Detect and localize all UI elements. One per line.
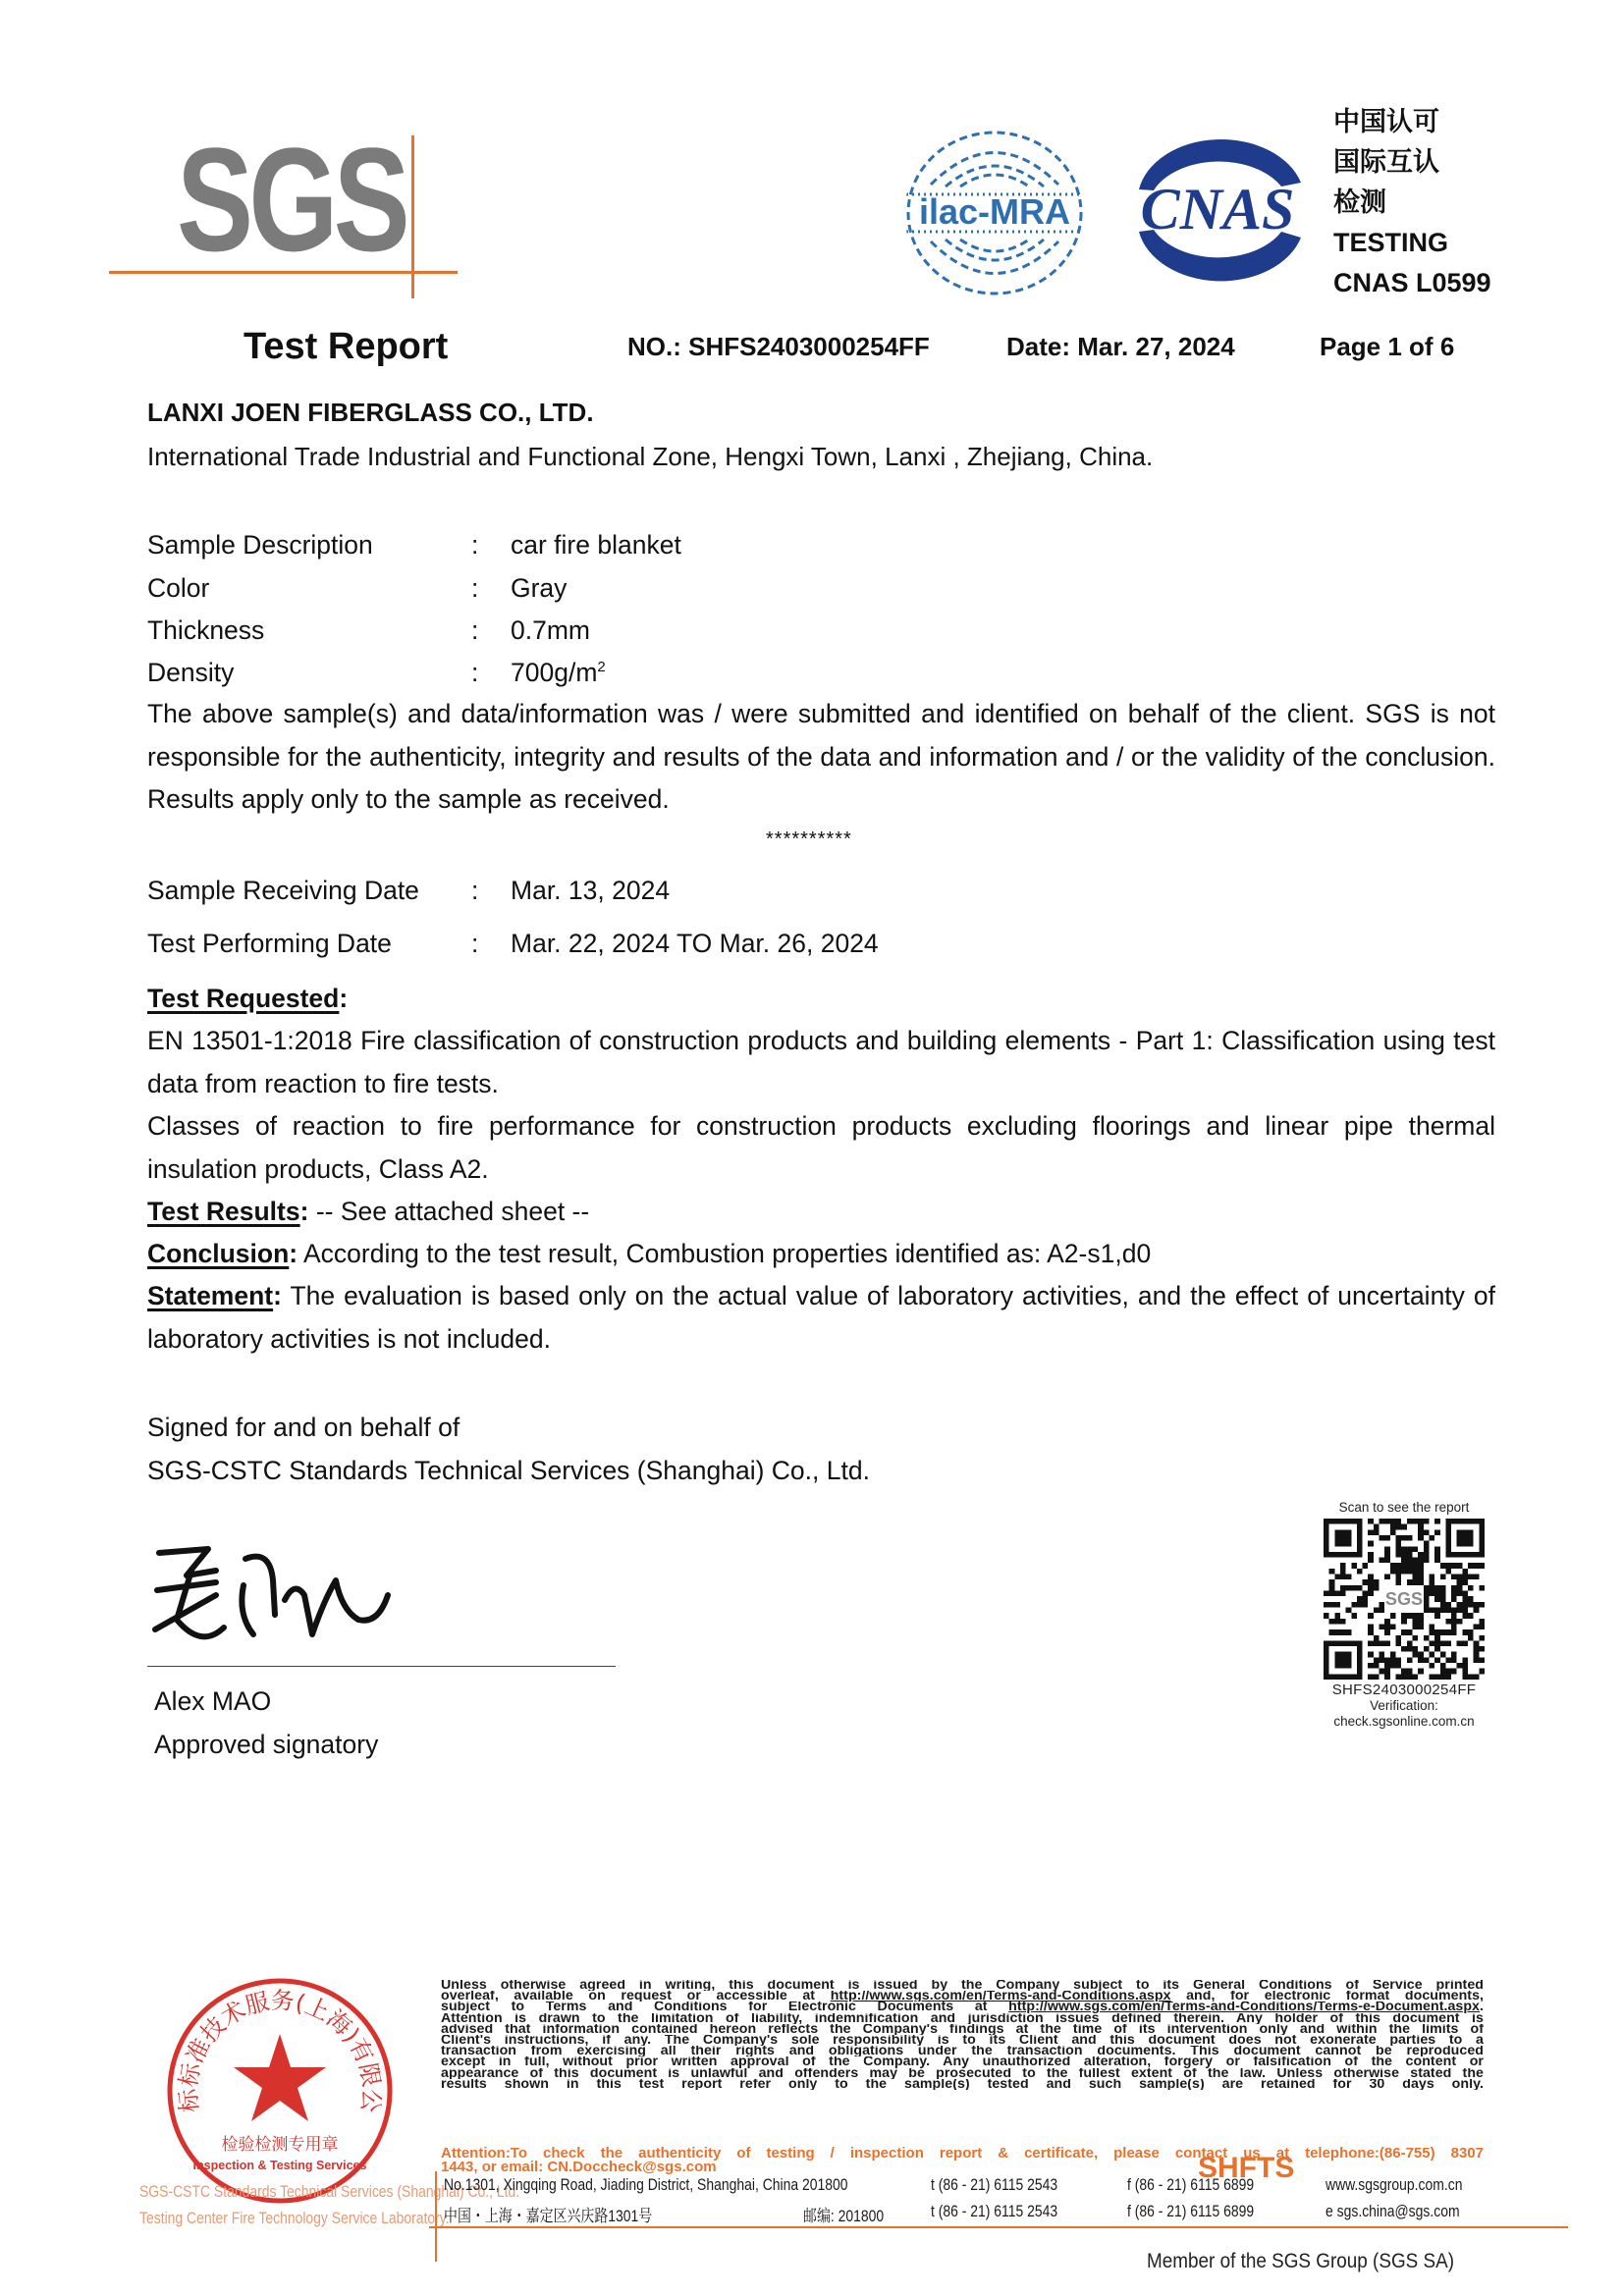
field-label: Color bbox=[147, 573, 209, 604]
logo-orange-vline bbox=[411, 135, 414, 298]
test-requested-class: Classes of reaction to fire performance … bbox=[147, 1105, 1495, 1191]
field-value: Mar. 13, 2024 bbox=[511, 876, 670, 906]
ilac-mra-logo: ilac-MRA bbox=[901, 126, 1088, 300]
report-number: NO.: SHFS2403000254FF bbox=[627, 332, 930, 362]
postcode-cn: 邮编: 201800 bbox=[803, 2202, 884, 2226]
client-name: LANXI JOEN FIBERGLASS CO., LTD. bbox=[147, 398, 594, 428]
section-text: -- See attached sheet -- bbox=[308, 1197, 589, 1226]
field-label: Sample Receiving Date bbox=[147, 876, 419, 906]
report-date: Date: Mar. 27, 2024 bbox=[1006, 332, 1235, 362]
label-colon: : bbox=[339, 984, 348, 1013]
cnas-text: CNAS bbox=[1141, 177, 1295, 241]
disclaimer-paragraph: The above sample(s) and data/information… bbox=[147, 693, 1495, 822]
terms-and-conditions: Unless otherwise agreed in writing, this… bbox=[441, 1980, 1484, 2090]
page-indicator: Page 1 of 6 bbox=[1320, 332, 1454, 362]
footer-orange-vline bbox=[435, 2171, 437, 2262]
conclusion-row: Conclusion: According to the test result… bbox=[147, 1233, 1495, 1276]
terms-line: overleaf, available on request or access… bbox=[441, 1991, 1484, 2002]
qr-caption: Scan to see the report bbox=[1306, 1500, 1502, 1515]
field-separator: : bbox=[471, 876, 478, 906]
address-cn: 中国・上海・嘉定区兴庆路1301号 bbox=[444, 2202, 652, 2226]
section-label: Statement bbox=[147, 1281, 273, 1310]
logo-orange-hline bbox=[109, 271, 458, 274]
footer-orange-hline bbox=[429, 2226, 1568, 2228]
terms-line: transaction from exercising all their ri… bbox=[441, 2046, 1484, 2056]
field-label: Test Performing Date bbox=[147, 929, 392, 959]
field-value: car fire blanket bbox=[511, 530, 681, 561]
page-title: Test Report bbox=[243, 326, 448, 368]
terms-line: except in full, without prior written ap… bbox=[441, 2056, 1484, 2067]
field-value: Gray bbox=[511, 573, 567, 604]
terms-line: Client's instructions, if any. The Compa… bbox=[441, 2035, 1484, 2046]
test-requested-standard: EN 13501-1:2018 Fire classification of c… bbox=[147, 1020, 1495, 1105]
signed-on-behalf: Signed for and on behalf of SGS-CSTC Sta… bbox=[147, 1407, 870, 1492]
website-link[interactable]: www.sgsgroup.com.cn bbox=[1325, 2175, 1462, 2195]
test-requested-heading: Test Requested: bbox=[147, 978, 1495, 1021]
terms-link[interactable]: http://www.sgs.com/en/Terms-and-Conditio… bbox=[1008, 2002, 1480, 2012]
address-en: No.1301, Xingqing Road, Jiading District… bbox=[444, 2175, 848, 2195]
verification-label: Verification: bbox=[1306, 1698, 1502, 1714]
star-icon bbox=[234, 2034, 326, 2121]
accreditation-text: 中国认可 国际互认 检测 TESTING CNAS L0599 bbox=[1333, 102, 1491, 303]
terms-line: advised that information contained hereo… bbox=[441, 2024, 1484, 2035]
qr-report-id: SHFS2403000254FF bbox=[1306, 1682, 1502, 1698]
sgs-logo: SGS bbox=[98, 116, 471, 293]
field-separator: : bbox=[471, 929, 478, 959]
section-label: Conclusion bbox=[147, 1239, 289, 1268]
lab-name-line2: Testing Center Fire Technology Service L… bbox=[139, 2209, 450, 2228]
telephone: t (86 - 21) 6115 2543 bbox=[931, 2202, 1057, 2221]
attention-email[interactable]: 1443, or email: CN.Doccheck@sgs.com bbox=[441, 2161, 1484, 2174]
signature-line bbox=[147, 1666, 616, 1667]
terms-line: appearance of this document is unlawful … bbox=[441, 2068, 1484, 2079]
qr-verification: Scan to see the report SGS SHFS240300025… bbox=[1306, 1500, 1502, 1730]
section-separator: ********** bbox=[766, 828, 852, 851]
field-label: Sample Description bbox=[147, 530, 373, 561]
field-value: 0.7mm bbox=[511, 615, 590, 646]
terms-line: subject to Terms and Conditions for Elec… bbox=[441, 2002, 1484, 2012]
section-label: Test Requested bbox=[147, 984, 339, 1013]
field-label: Thickness bbox=[147, 615, 264, 646]
handwritten-signature bbox=[147, 1541, 442, 1659]
signatory-name: Alex MAO bbox=[154, 1681, 378, 1724]
test-results-row: Test Results: -- See attached sheet -- bbox=[147, 1191, 1495, 1234]
svg-text:SGS: SGS bbox=[1385, 1589, 1423, 1609]
signed-line: Signed for and on behalf of bbox=[147, 1407, 870, 1450]
sgs-logo-text: SGS bbox=[177, 126, 406, 273]
sgs-group-member: Member of the SGS Group (SGS SA) bbox=[1147, 2250, 1454, 2273]
field-label: Density bbox=[147, 658, 234, 688]
terms-line: results shown in this test report refer … bbox=[441, 2079, 1484, 2090]
section-text: The evaluation is based only on the actu… bbox=[147, 1281, 1495, 1354]
field-separator: : bbox=[471, 615, 478, 646]
label-colon: : bbox=[289, 1239, 298, 1268]
fax: f (86 - 21) 6115 6899 bbox=[1127, 2202, 1254, 2221]
field-value: Mar. 22, 2024 TO Mar. 26, 2024 bbox=[511, 929, 879, 959]
stamp-center-en: Inspection & Testing Services bbox=[193, 2159, 367, 2172]
signatory-role: Approved signatory bbox=[154, 1724, 378, 1767]
terms-line: Unless otherwise agreed in writing, this… bbox=[441, 1980, 1484, 1991]
ilac-text: ilac-MRA bbox=[919, 191, 1070, 232]
company-stamp: 通标标准技术服务(上海)有限公司 检验检测专用章 Inspection & Te… bbox=[162, 1973, 398, 2209]
label-colon: : bbox=[273, 1281, 282, 1310]
client-address: International Trade Industrial and Funct… bbox=[147, 442, 1153, 472]
authenticity-attention: Attention:To check the authenticity of t… bbox=[441, 2147, 1484, 2174]
statement-row: Statement: The evaluation is based only … bbox=[147, 1275, 1495, 1361]
section-label: Test Results bbox=[147, 1197, 300, 1226]
section-text: According to the test result, Combustion… bbox=[298, 1239, 1151, 1268]
verification-site[interactable]: check.sgsonline.com.cn bbox=[1306, 1714, 1502, 1730]
terms-line: Attention is drawn to the limitation of … bbox=[441, 2013, 1484, 2024]
telephone: t (86 - 21) 6115 2543 bbox=[931, 2175, 1057, 2195]
field-value: 700g/m2 bbox=[511, 658, 606, 688]
terms-link[interactable]: http://www.sgs.com/en/Terms-and-Conditio… bbox=[831, 1991, 1171, 2002]
field-separator: : bbox=[471, 573, 478, 604]
email-link[interactable]: e sgs.china@sgs.com bbox=[1325, 2202, 1460, 2221]
field-separator: : bbox=[471, 658, 478, 688]
density-superscript: 2 bbox=[597, 659, 605, 675]
accreditation-line: TESTING bbox=[1333, 223, 1491, 263]
fax: f (86 - 21) 6115 6899 bbox=[1127, 2175, 1254, 2195]
cnas-logo: CNAS bbox=[1114, 135, 1321, 283]
accreditation-line: 中国认可 bbox=[1333, 102, 1491, 142]
signatory-block: Alex MAO Approved signatory bbox=[154, 1681, 378, 1766]
density-value: 700g/m bbox=[511, 658, 597, 687]
qr-code-icon[interactable]: SGS bbox=[1324, 1519, 1485, 1680]
stamp-center-cn: 检验检测专用章 bbox=[222, 2134, 339, 2155]
field-separator: : bbox=[471, 530, 478, 561]
accreditation-line: 检测 bbox=[1333, 183, 1491, 223]
accreditation-line: 国际互认 bbox=[1333, 142, 1491, 183]
accreditation-line: CNAS L0599 bbox=[1333, 263, 1491, 303]
signing-company: SGS-CSTC Standards Technical Services (S… bbox=[147, 1450, 870, 1493]
